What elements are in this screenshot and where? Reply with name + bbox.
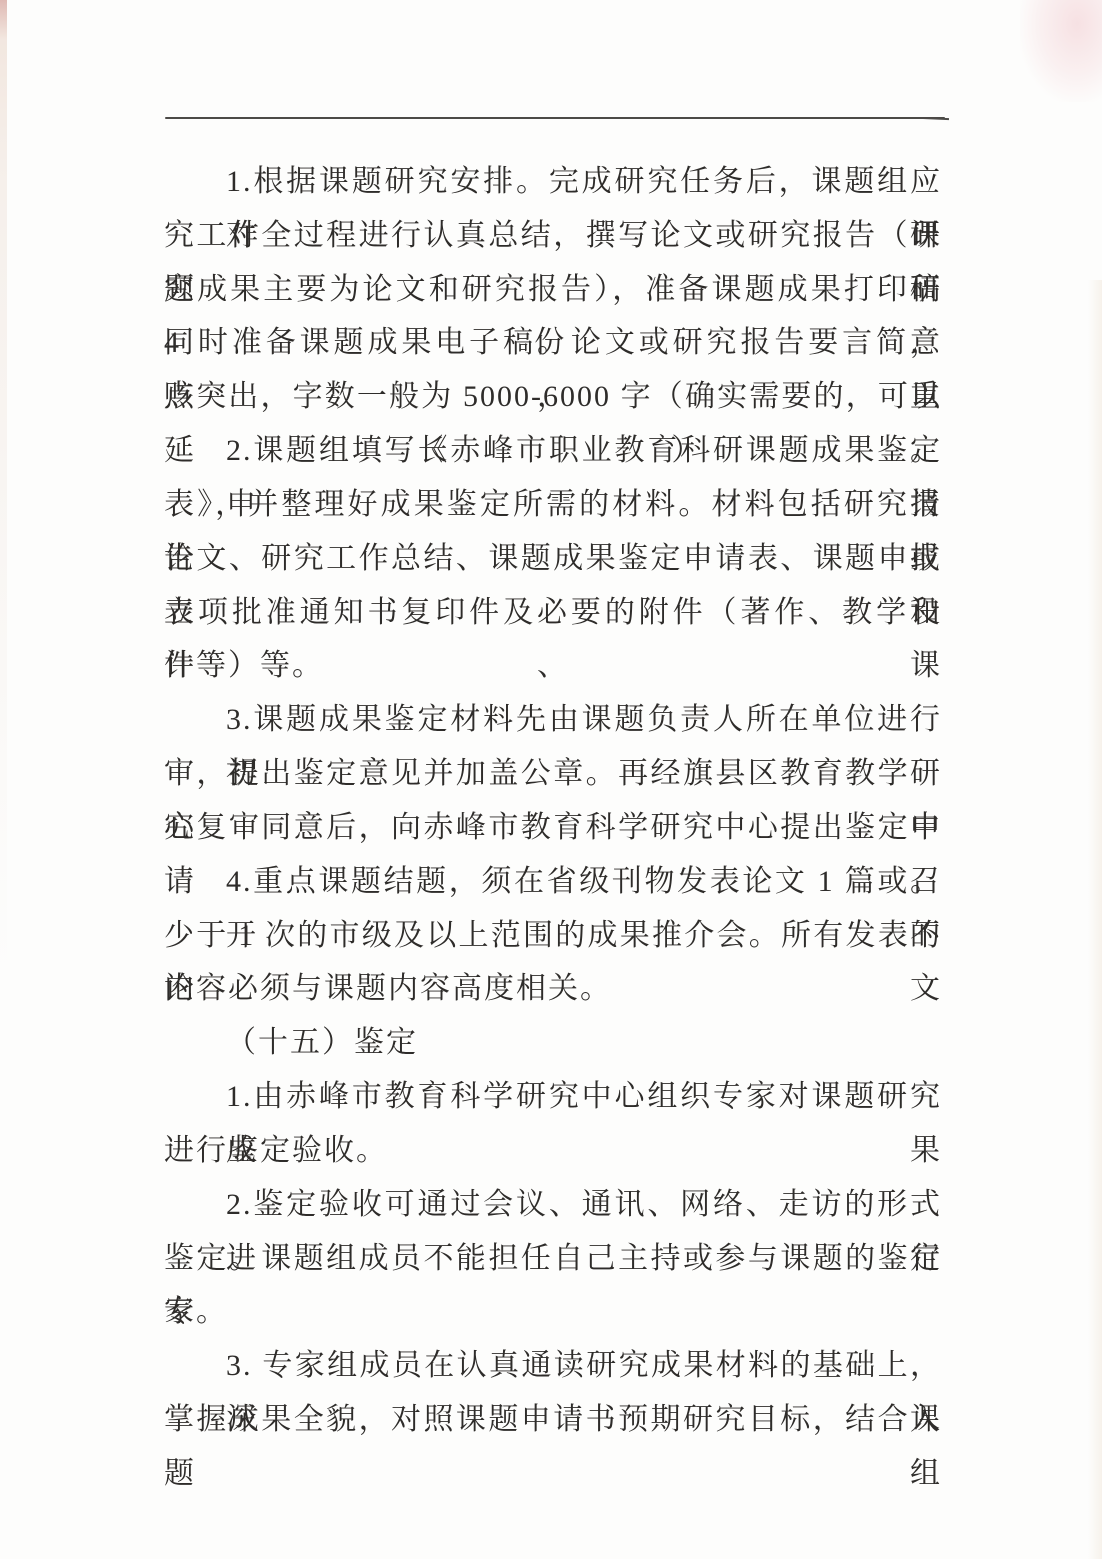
text-line: 1.根据课题研究安排。完成研究任务后，课题组应对研 [164, 155, 942, 209]
header-horizontal-rule [165, 117, 945, 119]
text-line: 表》，并整理好成果鉴定所需的材料。材料包括研究报告或 [164, 478, 942, 532]
scan-artifact-left-edge [0, 0, 7, 980]
text-line: 鉴定。课题组成员不能担任自己主持或参与课题的鉴定专 [164, 1232, 942, 1286]
scanned-document-page: 1.根据课题研究安排。完成研究任务后，课题组应对研 究工作全过程进行认真总结，撰… [0, 0, 1102, 1559]
scan-artifact-top-right-smudge [1020, 0, 1102, 102]
text-line: 3.课题成果鉴定材料先由课题负责人所在单位进行初 [164, 693, 942, 747]
text-line: 1.由赤峰市教育科学研究中心组织专家对课题研究成果 [164, 1070, 942, 1124]
text-line: 点突出，字数一般为 5000-6000 字（确实需要的，可以延长）。 [164, 370, 942, 424]
text-line: 立项批准通知书复印件及必要的附件（著作、教学设计、课 [164, 586, 942, 640]
text-line: 2.课题组填写《赤峰市职业教育科研课题成果鉴定申请 [164, 424, 942, 478]
text-line: 4.重点课题结题，须在省级刊物发表论文 1 篇或召开不 [164, 855, 942, 909]
text-line: 论文、研究工作总结、课题成果鉴定申请表、课题申报表和 [164, 532, 942, 586]
text-line: 2.鉴定验收可通过会议、通讯、网络、走访的形式进行 [164, 1178, 942, 1232]
text-line: 家。 [164, 1285, 942, 1339]
text-line: 同时准备课题成果电子稿。论文或研究报告要言简意赅，重 [164, 316, 942, 370]
text-line: 究工作全过程进行认真总结，撰写论文或研究报告（课题研 [164, 209, 942, 263]
document-body: 1.根据课题研究安排。完成研究任务后，课题组应对研 究工作全过程进行认真总结，撰… [164, 155, 942, 1447]
text-line: 3. 专家组成员在认真通读研究成果材料的基础上，深入 [164, 1339, 942, 1393]
scan-artifact-right-edge [1088, 280, 1102, 1559]
text-line: 掌握成果全貌，对照课题申请书预期研究目标，结合课题组 [164, 1393, 942, 1447]
text-line: 审，提出鉴定意见并加盖公章。再经旗县区教育教学研究中 [164, 747, 942, 801]
section-heading-line: （十五）鉴定 [164, 1016, 942, 1070]
text-line: 少于 1 次的市级及以上范围的成果推介会。所有发表的论文 [164, 909, 942, 963]
text-line: 心复审同意后，向赤峰市教育科学研究中心提出鉴定申请。 [164, 801, 942, 855]
text-line: 究成果主要为论文和研究报告），准备课题成果打印稿 4 份， [164, 263, 942, 317]
